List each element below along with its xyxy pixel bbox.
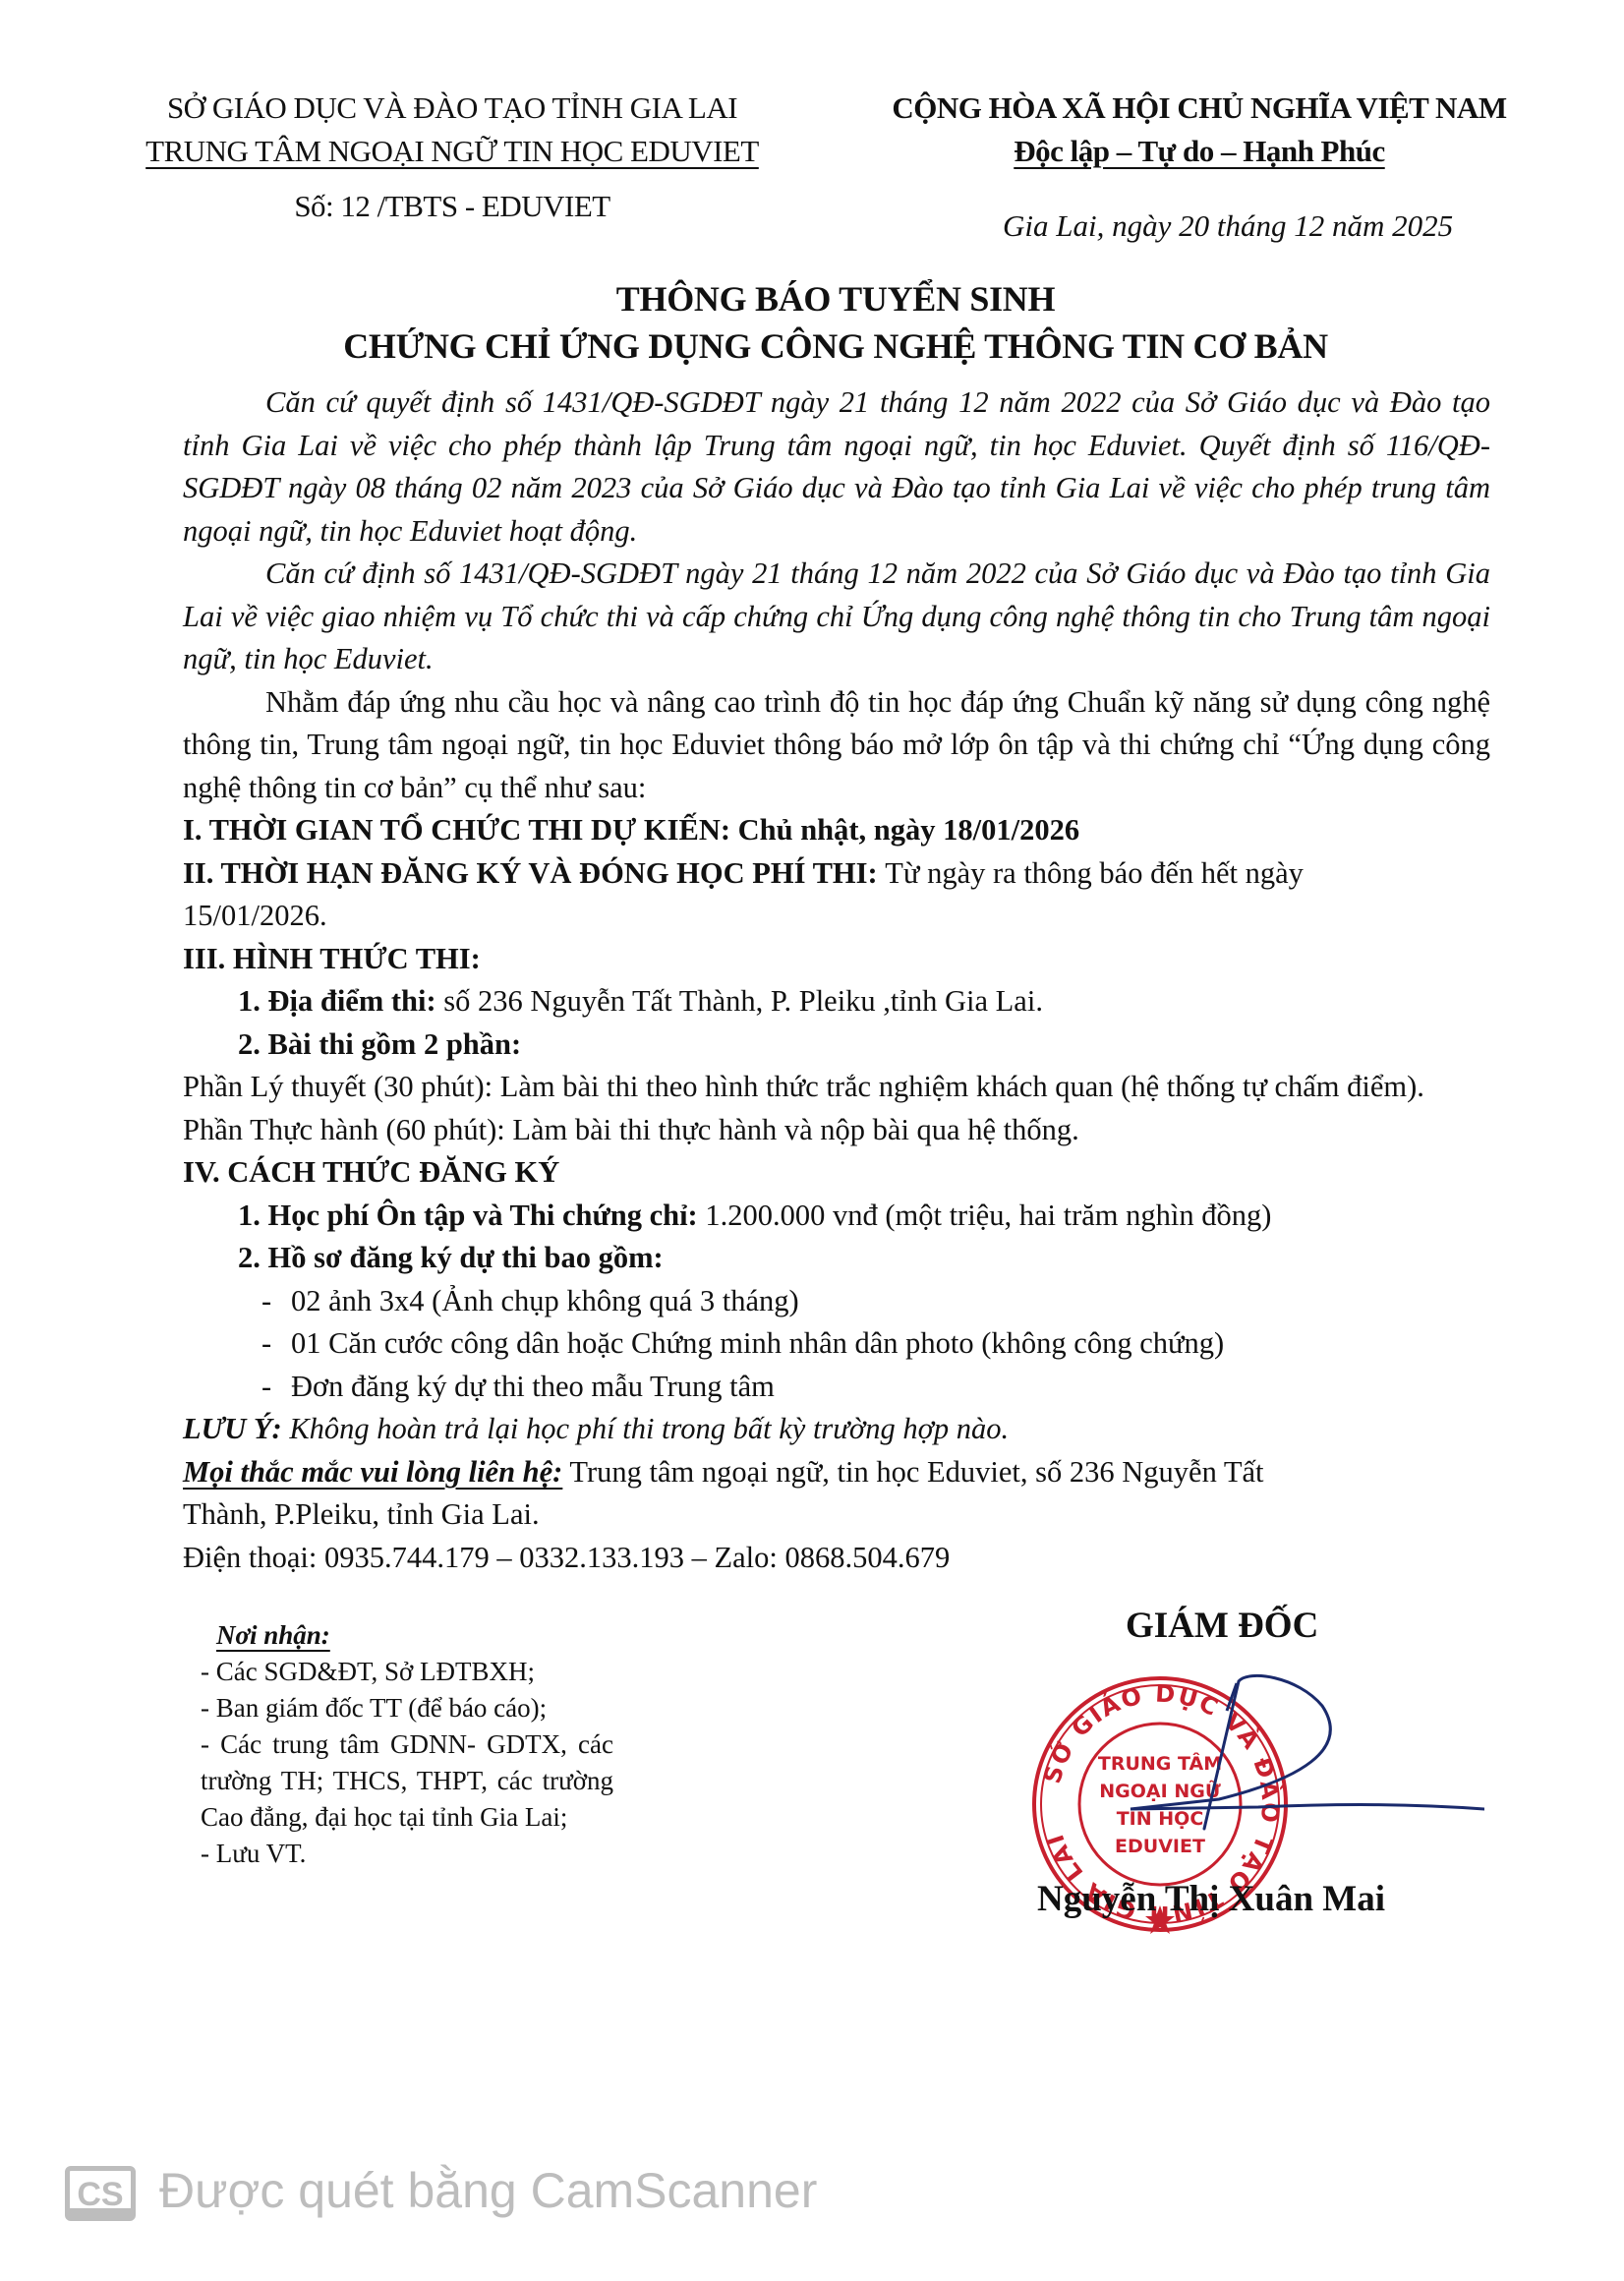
bullet-icon: - (261, 1280, 291, 1323)
preamble-paragraph-2: Căn cứ định số 1431/QĐ-SGDĐT ngày 21 thá… (183, 553, 1490, 681)
exam-location: 1. Địa điểm thi: số 236 Nguyễn Tất Thành… (183, 980, 1490, 1024)
national-title: CỘNG HÒA XÃ HỘI CHỦ NGHĨA VIỆT NAM (806, 87, 1593, 130)
exam-parts-heading: 2. Bài thi gồm 2 phần: (183, 1024, 1490, 1067)
national-motto: Độc lập – Tự do – Hạnh Phúc (806, 130, 1593, 173)
section-2-heading: II. THỜI HẠN ĐĂNG KÝ VÀ ĐÓNG HỌC PHÍ THI… (183, 856, 885, 890)
signature-icon (1101, 1662, 1484, 1858)
header-right: CỘNG HÒA XÃ HỘI CHỦ NGHĨA VIỆT NAM Độc l… (806, 87, 1593, 173)
fee-amount: 1.200.000 vnđ (một triệu, hai trăm nghìn… (705, 1199, 1271, 1232)
list-item: -01 Căn cước công dân hoặc Chứng minh nh… (183, 1322, 1490, 1366)
document-body: Căn cứ quyết định số 1431/QĐ-SGDĐT ngày … (183, 381, 1490, 1579)
recipient-item: - Ban giám đốc TT (để báo cáo); (201, 1690, 613, 1726)
department-name: SỞ GIÁO DỤC VÀ ĐÀO TẠO TỈNH GIA LAI (98, 87, 806, 130)
recipients-heading: Nơi nhận: (201, 1617, 613, 1654)
section-4-heading: IV. CÁCH THỨC ĐĂNG KÝ (183, 1151, 1490, 1195)
document-number: Số: 12 /TBTS - EDUVIET (98, 185, 806, 228)
page-title: THÔNG BÁO TUYỂN SINH CHỨNG CHỈ ỨNG DỤNG … (147, 275, 1524, 370)
camscanner-logo-icon: CS (65, 2166, 136, 2221)
fee-item: 1. Học phí Ôn tập và Thi chứng chỉ: 1.20… (183, 1195, 1490, 1238)
contact-label: Mọi thắc mắc vui lòng liên hệ: (183, 1455, 562, 1489)
note-text: Không hoàn trả lại học phí thi trong bất… (289, 1412, 1009, 1445)
recipient-item: - Các trung tâm GDNN- GDTX, các trường T… (201, 1726, 613, 1836)
note: LƯU Ý: Không hoàn trả lại học phí thi tr… (183, 1408, 1490, 1451)
exam-date: Chủ nhật, ngày 18/01/2026 (738, 813, 1079, 847)
list-item: -02 ảnh 3x4 (Ảnh chụp không quá 3 tháng) (183, 1280, 1490, 1323)
section-1-heading: I. THỜI GIAN TỔ CHỨC THI DỰ KIẾN: (183, 813, 738, 847)
contact: Mọi thắc mắc vui lòng liên hệ: Trung tâm… (183, 1451, 1490, 1494)
section-2: II. THỜI HẠN ĐĂNG KÝ VÀ ĐÓNG HỌC PHÍ THI… (183, 852, 1490, 896)
bullet-icon: - (261, 1322, 291, 1366)
bullet-icon: - (261, 1366, 291, 1409)
recipients: Nơi nhận: - Các SGD&ĐT, Sở LĐTBXH; - Ban… (201, 1617, 613, 1872)
contact-phone: Điện thoại: 0935.744.179 – 0332.133.193 … (183, 1537, 1490, 1580)
preamble-paragraph-1: Căn cứ quyết định số 1431/QĐ-SGDĐT ngày … (183, 381, 1490, 553)
recipient-item: - Các SGD&ĐT, Sở LĐTBXH; (201, 1654, 613, 1690)
scanner-watermark: Được quét bằng CamScanner (159, 2159, 817, 2222)
exam-part-practice: Phần Thực hành (60 phút): Làm bài thi th… (183, 1109, 1490, 1152)
contact-address-line-2: Thành, P.Pleiku, tỉnh Gia Lai. (183, 1493, 1490, 1537)
place-date: Gia Lai, ngày 20 tháng 12 năm 2025 (1003, 208, 1453, 244)
section-1: I. THỜI GIAN TỔ CHỨC THI DỰ KIẾN: Chủ nh… (183, 809, 1490, 852)
recipient-item: - Lưu VT. (201, 1836, 613, 1872)
title-line-2: CHỨNG CHỈ ỨNG DỤNG CÔNG NGHỆ THÔNG TIN C… (147, 322, 1524, 370)
documents-heading: 2. Hồ sơ đăng ký dự thi bao gồm: (183, 1237, 1490, 1280)
registration-deadline-line-2: 15/01/2026. (183, 895, 1490, 938)
preamble-paragraph-3: Nhằm đáp ứng nhu cầu học và nâng cao trì… (183, 681, 1490, 810)
section-3-heading: III. HÌNH THỨC THI: (183, 938, 1490, 981)
registration-deadline-line-1: Từ ngày ra thông báo đến hết ngày (885, 856, 1304, 890)
signer-title: GIÁM ĐỐC (1126, 1605, 1318, 1647)
note-label: LƯU Ý: (183, 1412, 289, 1445)
center-name: TRUNG TÂM NGOẠI NGỮ TIN HỌC EDUVIET (98, 130, 806, 173)
signer-name: Nguyễn Thị Xuân Mai (1037, 1878, 1385, 1920)
exam-part-theory: Phần Lý thuyết (30 phút): Làm bài thi th… (183, 1066, 1490, 1109)
header-left: SỞ GIÁO DỤC VÀ ĐÀO TẠO TỈNH GIA LAI TRUN… (98, 87, 806, 228)
title-line-1: THÔNG BÁO TUYỂN SINH (147, 275, 1524, 322)
list-item: -Đơn đăng ký dự thi theo mẫu Trung tâm (183, 1366, 1490, 1409)
